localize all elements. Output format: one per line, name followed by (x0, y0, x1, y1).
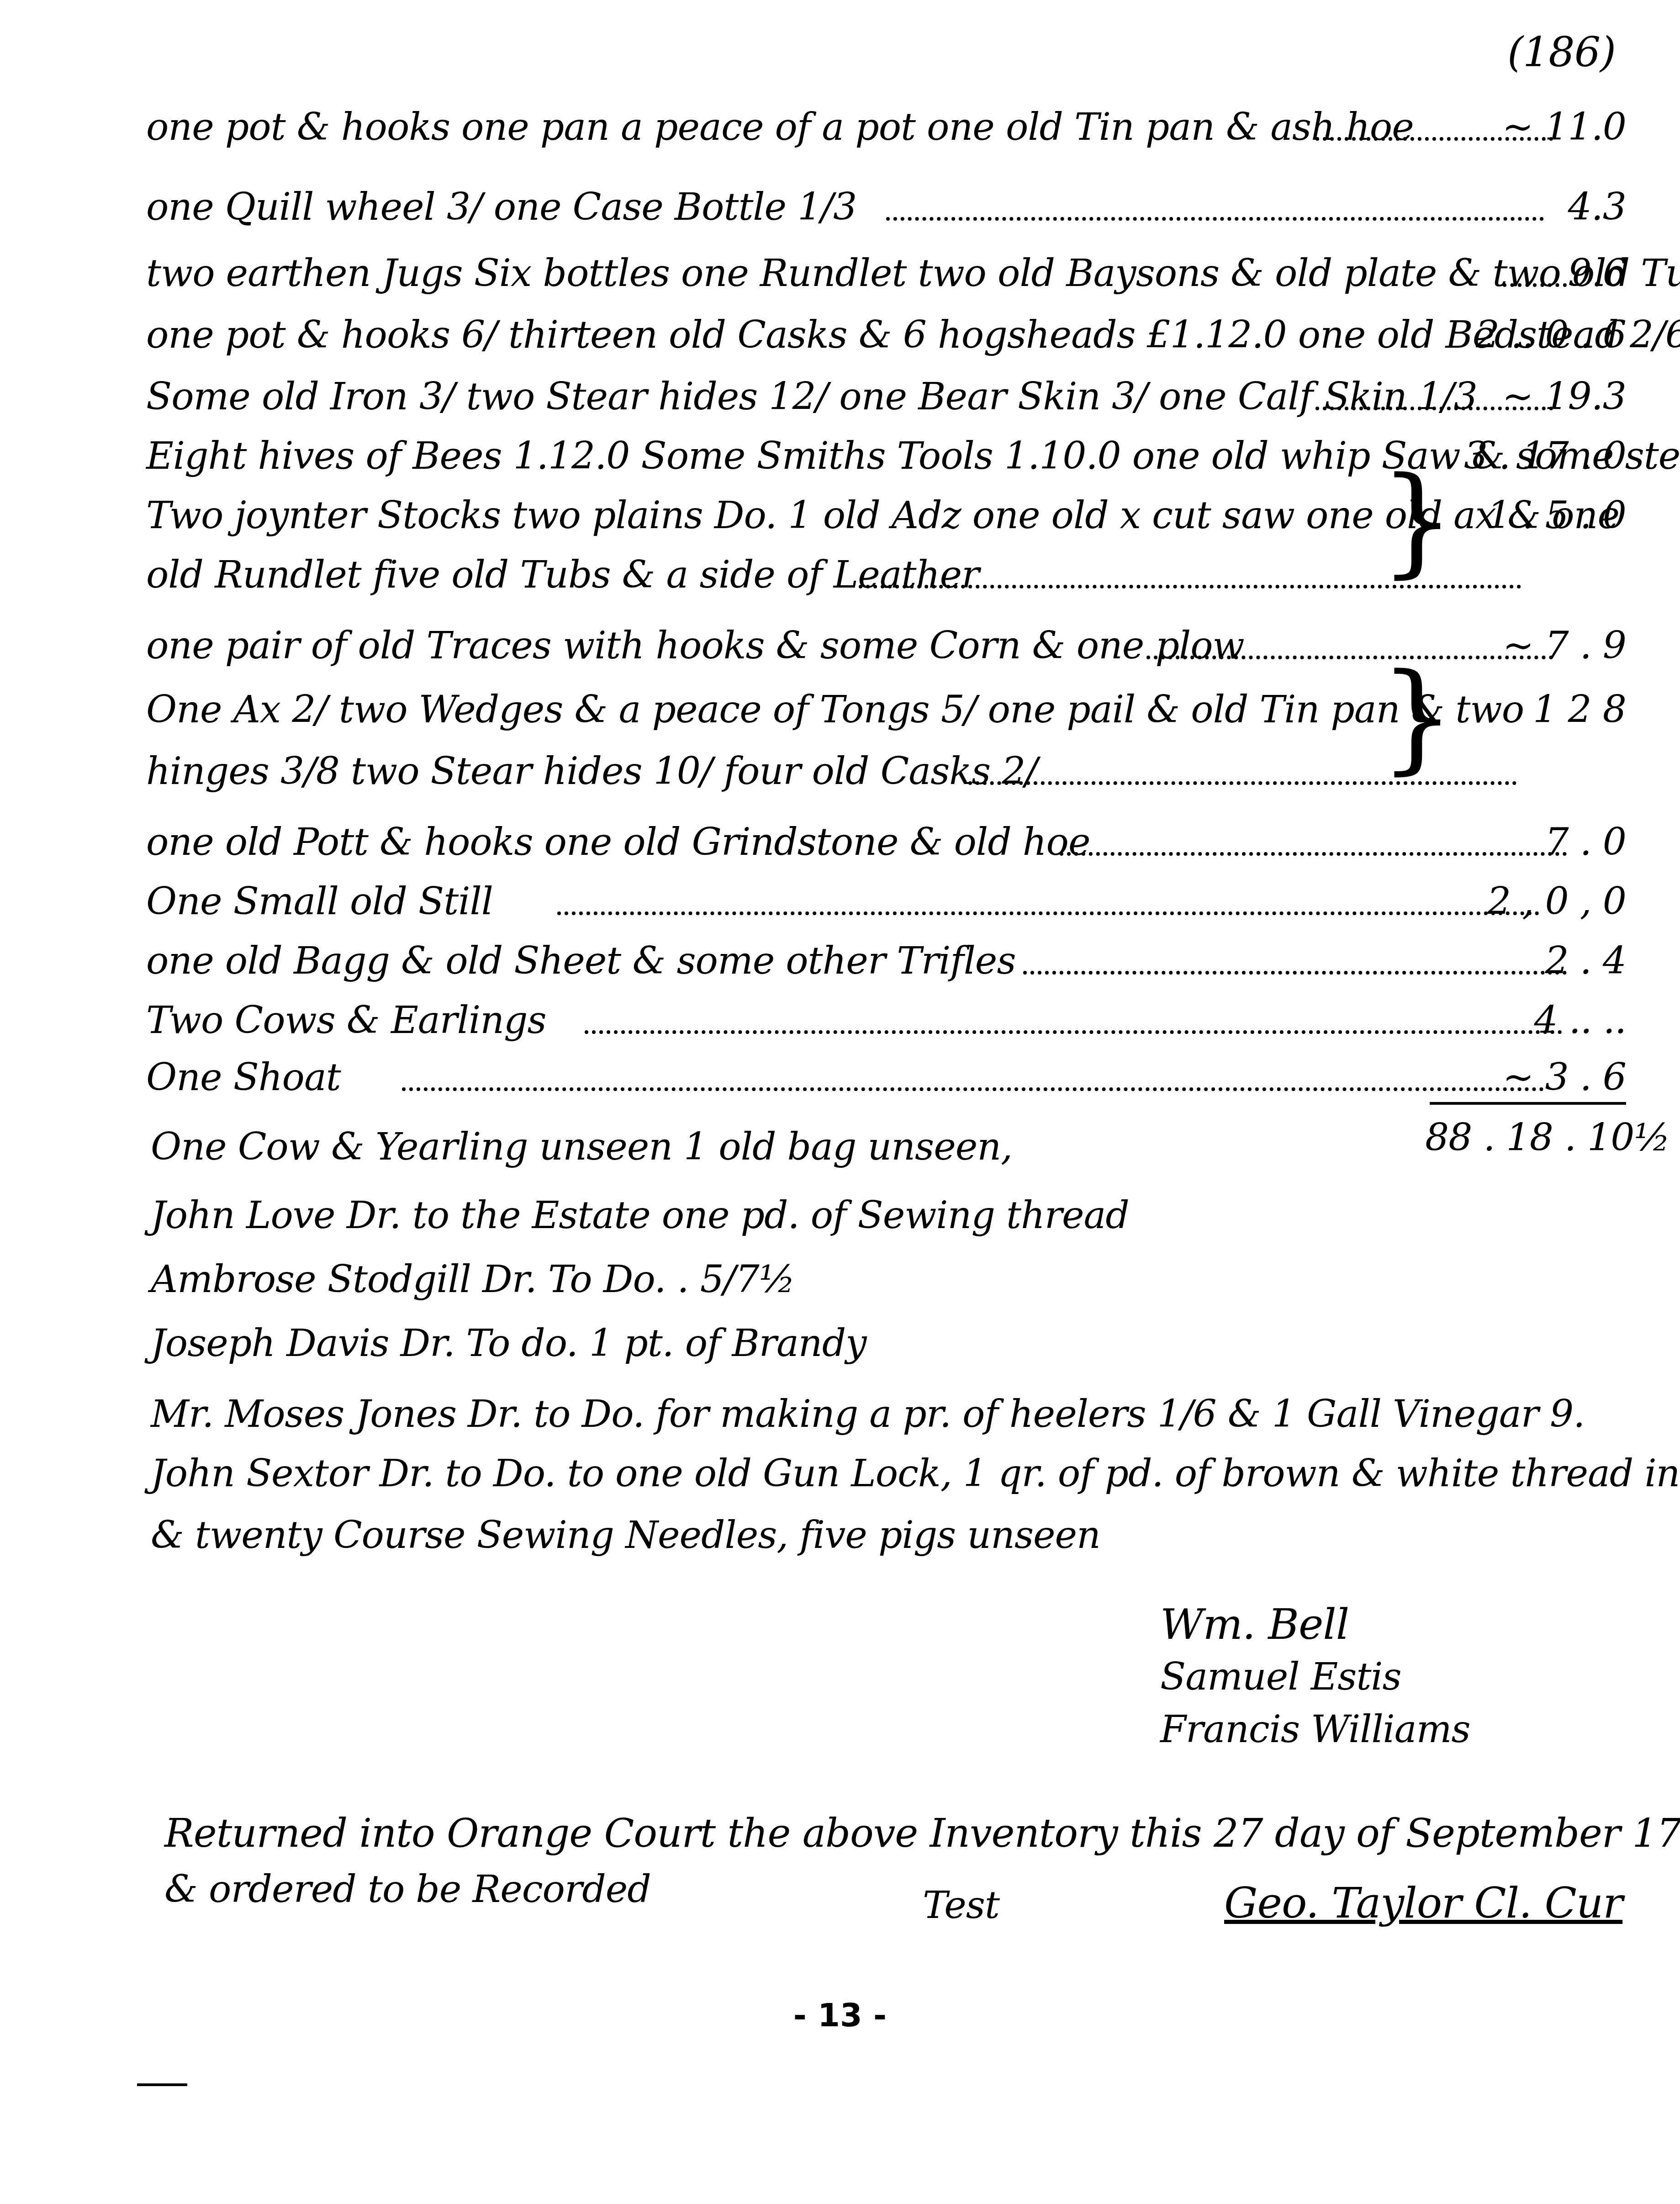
grouping-brace: } (1379, 461, 1455, 580)
appraiser-signature: Wm. Bell (1160, 1604, 1349, 1646)
note-line: Joseph Davis Dr. To do. 1 pt. of Brandy (151, 1325, 866, 1362)
appraiser-signature: Francis Williams (1160, 1711, 1470, 1748)
item-description: one pot & hooks one pan a peace of a pot… (146, 109, 1414, 146)
page-reference: (186) (1507, 32, 1616, 73)
inventory-row: One Shoat ~ 3 . 6 (146, 1046, 1626, 1097)
item-description-continuation: hinges 3/8 two Stear hides 10/ four old … (146, 753, 1037, 790)
item-description-continuation: old Rundlet five old Tubs & a side of Le… (146, 556, 979, 594)
inventory-row: one old Pott & hooks one old Grindstone … (146, 811, 1626, 861)
item-amount: 7 . 0 (1434, 824, 1626, 861)
item-amount: 2 . 4 (1434, 943, 1626, 980)
item-amount: 4 .. .. (1434, 1002, 1626, 1039)
item-amount: 2 .. 0 . 6 (1434, 317, 1626, 354)
inventory-row: two earthen Jugs Six bottles one Rundlet… (146, 242, 1626, 292)
inventory-row: one old Bagg & old Sheet & some other Tr… (146, 930, 1626, 980)
item-description: one pair of old Traces with hooks & some… (146, 627, 1244, 665)
note-line: One Cow & Yearling unseen 1 old bag unse… (151, 1128, 1012, 1166)
margin-mark (137, 2083, 187, 2086)
inventory-row: one pot & hooks 6/ thirteen old Casks & … (146, 304, 1626, 354)
inventory-row: Some old Iron 3/ two Stear hides 12/ one… (146, 366, 1626, 416)
grouping-brace: } (1379, 658, 1455, 777)
inventory-total: 88 . 18 . 10½ (1425, 1119, 1670, 1157)
note-line: John Sextor Dr. to Do. to one old Gun Lo… (151, 1455, 1680, 1493)
document-page: (186) one pot & hooks one pan a peace of… (0, 0, 1680, 2204)
item-description: one old Pott & hooks one old Grindstone … (146, 824, 1090, 861)
item-amount: ~ 3 . 6 (1434, 1059, 1626, 1097)
item-description: Some old Iron 3/ two Stear hides 12/ one… (146, 378, 1477, 416)
item-amount: ~ 11.0 (1434, 109, 1626, 146)
item-amount: 1 2 8 (1434, 691, 1626, 729)
item-amount: 9.6 (1434, 255, 1626, 292)
note-line: Mr. Moses Jones Dr. to Do. for making a … (151, 1396, 1585, 1433)
clerk-signature: Geo. Taylor Cl. Cur (1224, 1882, 1622, 1924)
return-statement-line: Returned into Orange Court the above Inv… (164, 1814, 1680, 1853)
appraiser-signature: Samuel Estis (1160, 1658, 1401, 1696)
total-rule (1430, 1102, 1626, 1105)
inventory-row: one pot & hooks one pan a peace of a pot… (146, 96, 1626, 146)
page-number: - 13 - (0, 1997, 1680, 2034)
item-amount: 2 , 0 , 0 (1434, 883, 1626, 921)
dot-leader (557, 911, 1539, 915)
item-amount: 4.3 (1434, 189, 1626, 226)
item-description: one old Bagg & old Sheet & some other Tr… (146, 943, 1015, 980)
item-description: one Quill wheel 3/ one Case Bottle 1/3 (146, 189, 856, 226)
inventory-row: one Quill wheel 3/ one Case Bottle 1/3 4… (146, 176, 1626, 226)
item-description: One Ax 2/ two Wedges & a peace of Tongs … (146, 691, 1524, 729)
item-description: Two Cows & Earlings (146, 1002, 546, 1039)
item-description: One Shoat (146, 1059, 341, 1097)
note-line: & twenty Course Sewing Needles, five pig… (151, 1517, 1100, 1554)
item-description: One Small old Still (146, 883, 493, 921)
item-amount: ~ 19.3 (1434, 378, 1626, 416)
note-line: John Love Dr. to the Estate one pd. of S… (151, 1197, 1129, 1234)
note-line: Ambrose Stodgill Dr. To Do. . 5/7½ (151, 1261, 795, 1298)
attest-label: Test (923, 1887, 999, 1924)
dot-leader (402, 1087, 1544, 1091)
dot-leader (585, 1030, 1562, 1034)
item-amount: 1 . 5 . 0 (1434, 497, 1626, 535)
return-statement-line: & ordered to be Recorded (164, 1871, 651, 1908)
inventory-row: One Small old Still 2 , 0 , 0 (146, 870, 1626, 921)
item-amount: 3 . 17 . 0 (1434, 438, 1626, 475)
inventory-row: Two Cows & Earlings 4 .. .. (146, 989, 1626, 1039)
item-amount: ~ 7 . 9 (1434, 627, 1626, 665)
